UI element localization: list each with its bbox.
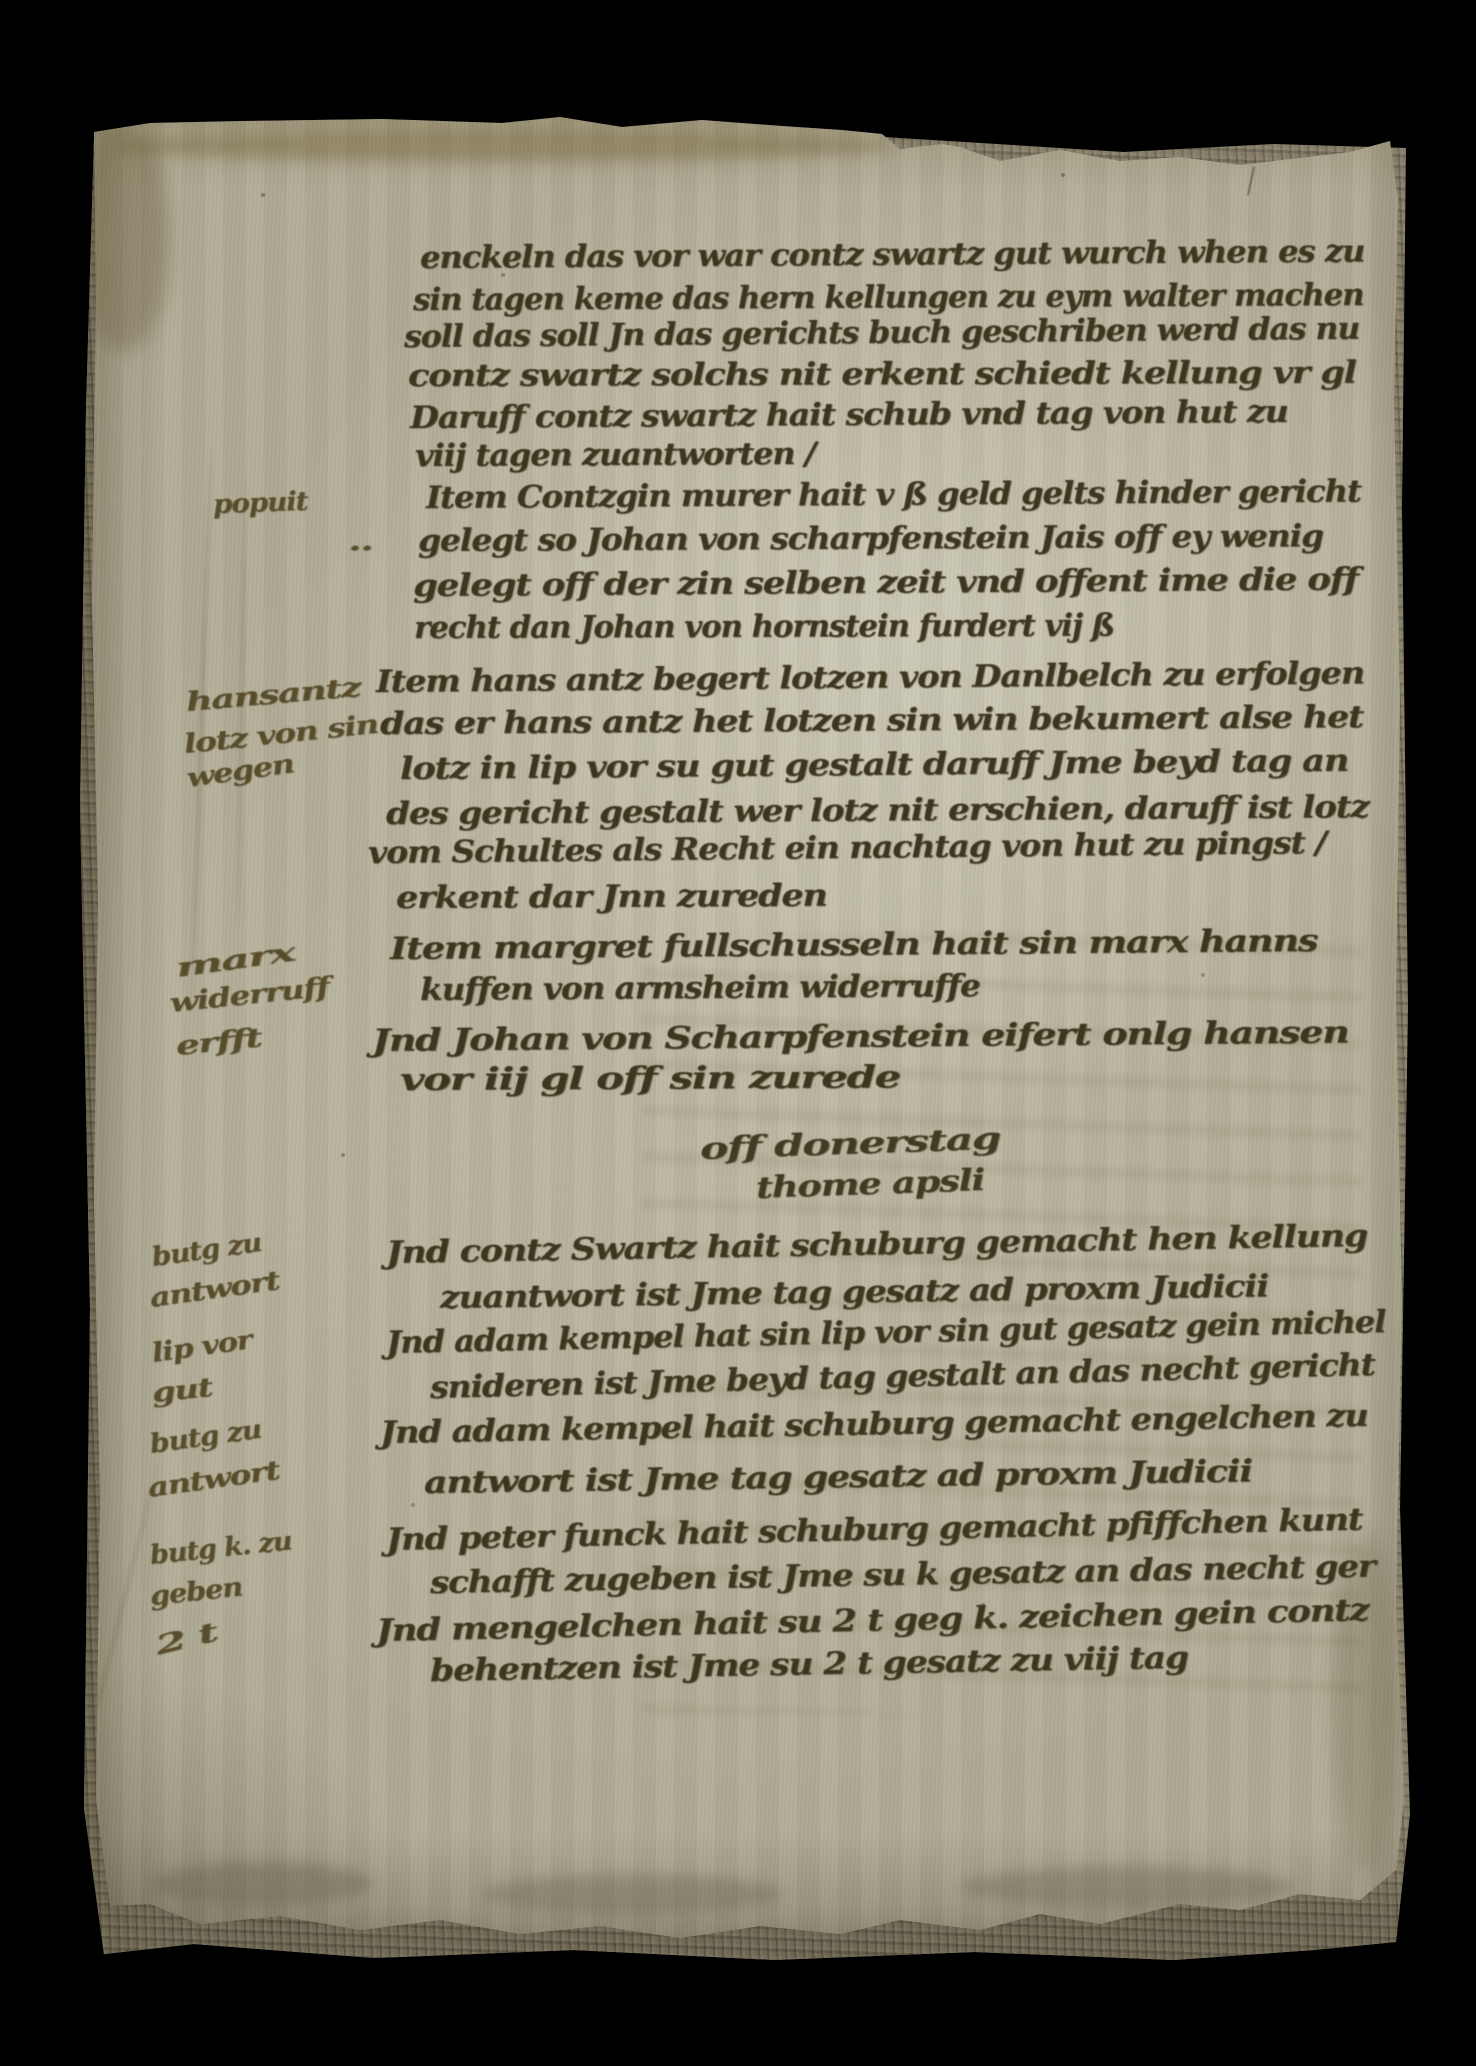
manuscript-line: Jnd mengelchen hait su 2 t geg k. zeiche… bbox=[376, 1592, 1369, 1649]
margin-note: antwort bbox=[148, 1266, 281, 1314]
manuscript-line: Jnd Johan von Scharpfenstein eifert onlg… bbox=[372, 1014, 1349, 1059]
manuscript-line: vor iij gl off sin zurede bbox=[400, 1059, 900, 1098]
manuscript-line: erkent dar Jnn zureden bbox=[396, 878, 827, 916]
manuscript-line: schafft zugeben ist Jme su k gesatz an d… bbox=[430, 1549, 1375, 1601]
margin-note: butg k. zu bbox=[148, 1526, 292, 1571]
manuscript-line: kuffen von armsheim widerruffe bbox=[420, 968, 980, 1008]
margin-note: antwort bbox=[146, 1456, 281, 1504]
manuscript-line: gelegt off der zin selben zeit vnd offen… bbox=[413, 561, 1358, 604]
manuscript-line: recht dan Johan von hornstein furdert vi… bbox=[414, 608, 1114, 646]
margin-note: butg zu bbox=[150, 1228, 263, 1273]
manuscript-line: Jnd contz Swartz hait schuburg gemacht h… bbox=[386, 1218, 1368, 1271]
section-heading-day: off donerstag bbox=[699, 1122, 1000, 1167]
manuscript-line: Daruff contz swartz hait schub vnd tag v… bbox=[410, 394, 1288, 436]
handwriting-layer: enckeln das vor war contz swartz gut wur… bbox=[0, 0, 1476, 2066]
manuscript-line: gelegt so Johan von scharpfenstein Jais … bbox=[418, 518, 1323, 559]
manuscript-line: Jnd adam kempel hait schuburg gemacht en… bbox=[380, 1398, 1368, 1451]
margin-note: gut bbox=[150, 1373, 213, 1409]
manuscript-line: soll das soll Jn das gerichts buch gesch… bbox=[404, 311, 1360, 355]
manuscript-line: Item hans antz begert lotzen von Danlbel… bbox=[376, 655, 1364, 700]
margin-note: hansantz bbox=[185, 673, 362, 718]
manuscript-line: Jnd peter funck hait schuburg gemacht pf… bbox=[386, 1502, 1363, 1558]
margin-mark-dots: ·· bbox=[348, 534, 372, 564]
manuscript-line: contz swartz solchs nit erkent schiedt k… bbox=[408, 355, 1356, 394]
margin-note: erfft bbox=[174, 1023, 262, 1062]
manuscript-line: Item Contzgin murer hait v ß geld gelts … bbox=[426, 473, 1361, 516]
margin-note: 2 t bbox=[152, 1617, 220, 1661]
photo-backdrop: enckeln das vor war contz swartz gut wur… bbox=[0, 0, 1476, 2066]
manuscript-line: das er hans antz het lotzen sin win beku… bbox=[380, 699, 1363, 742]
margin-note: geben bbox=[148, 1572, 243, 1611]
manuscript-line: enckeln das vor war contz swartz gut wur… bbox=[420, 233, 1365, 276]
margin-note: lip vor bbox=[150, 1325, 253, 1369]
manuscript-line: lotz in lip vor su gut gestalt daruff Jm… bbox=[400, 743, 1348, 787]
manuscript-line: viij tagen zuantworten / bbox=[415, 436, 815, 474]
margin-note: popuit bbox=[212, 487, 307, 520]
manuscript-line: Item margret fullschusseln hait sin marx… bbox=[390, 923, 1318, 967]
manuscript-line: behentzen ist Jme su 2 t gesatz zu viij … bbox=[430, 1640, 1188, 1689]
manuscript-line: antwort ist Jme tag gesatz ad proxm Judi… bbox=[424, 1453, 1252, 1501]
section-heading-feast: thome apsli bbox=[755, 1163, 984, 1206]
margin-note: butg zu bbox=[148, 1415, 263, 1460]
manuscript-line: vom Schultes als Recht ein nachtag von h… bbox=[368, 825, 1326, 871]
